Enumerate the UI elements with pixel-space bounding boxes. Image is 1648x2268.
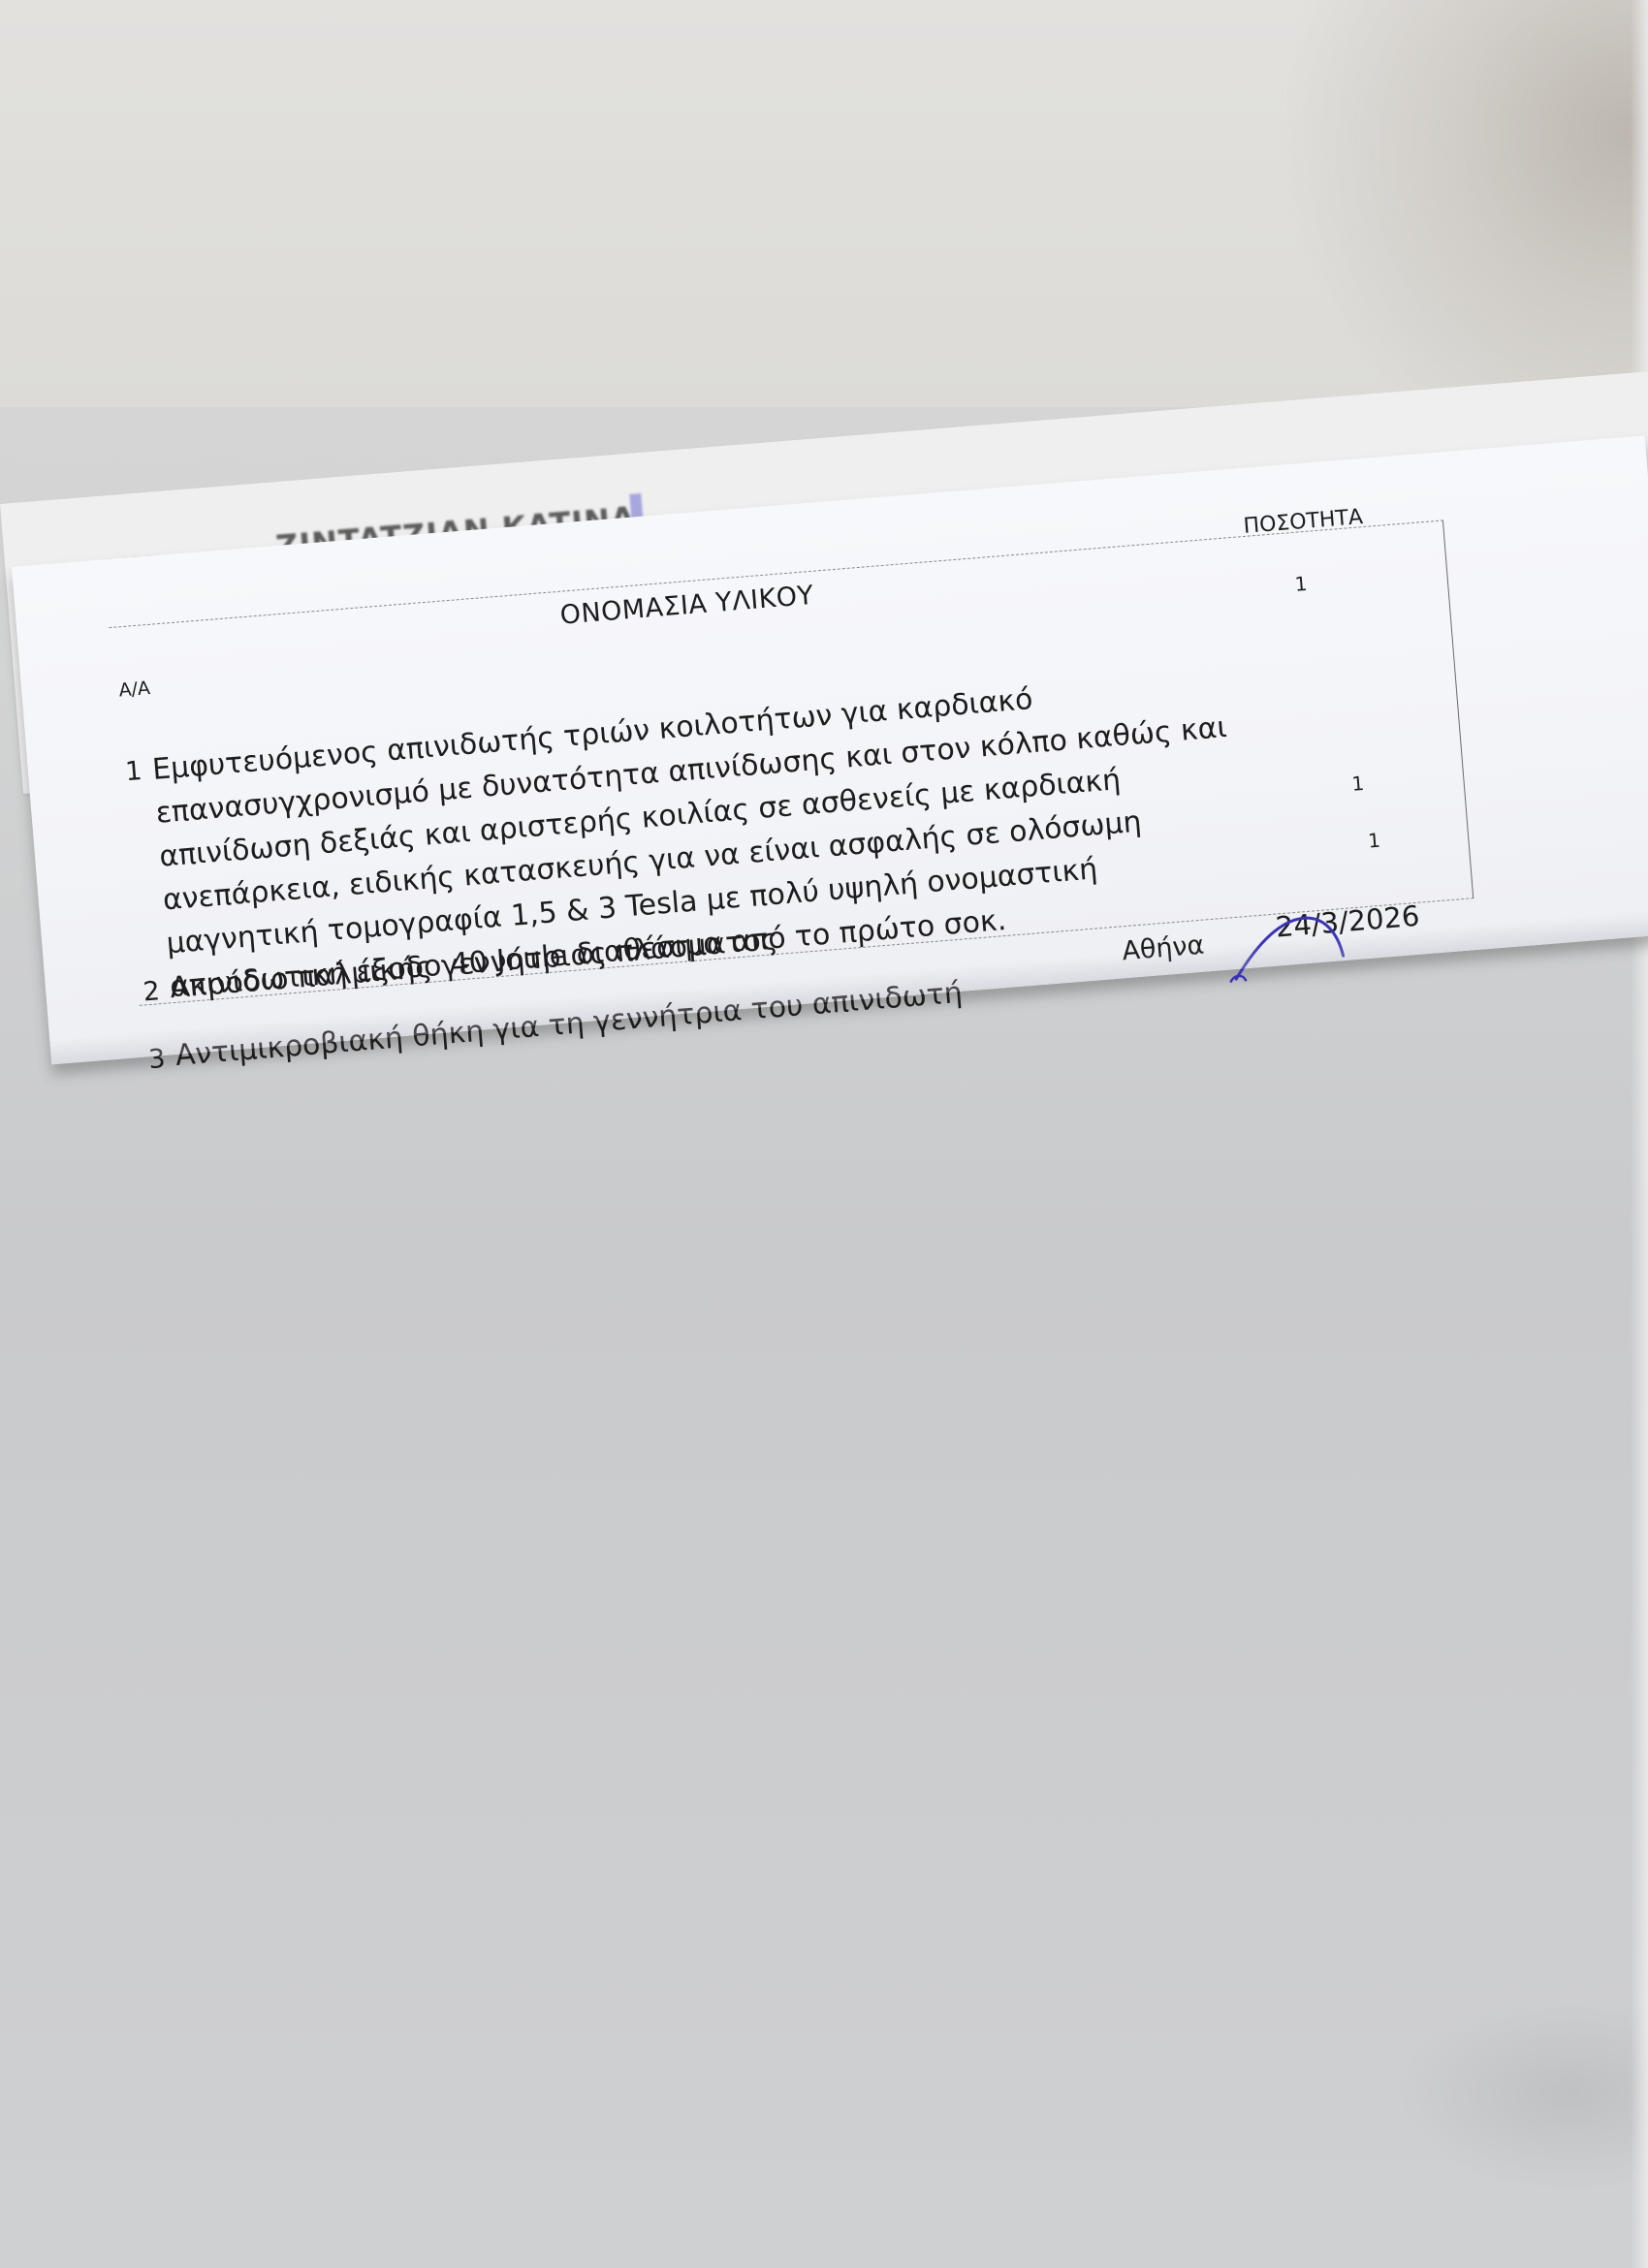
item-quantity: 1 [1294, 572, 1309, 596]
item-quantity: 1 [1350, 772, 1365, 796]
item-index: 2 [142, 976, 161, 1007]
item-index: 1 [124, 756, 143, 787]
footer-city: Αθήνα [1121, 930, 1205, 967]
item-index: 3 [147, 1044, 167, 1075]
scan-edge [1631, 0, 1648, 2268]
scanner-dust [1396, 1997, 1648, 2190]
column-header-index: Α/Α [118, 677, 151, 702]
signature-icon [1220, 896, 1372, 985]
item-quantity: 1 [1367, 829, 1381, 853]
scanner-background-top [0, 0, 1648, 407]
